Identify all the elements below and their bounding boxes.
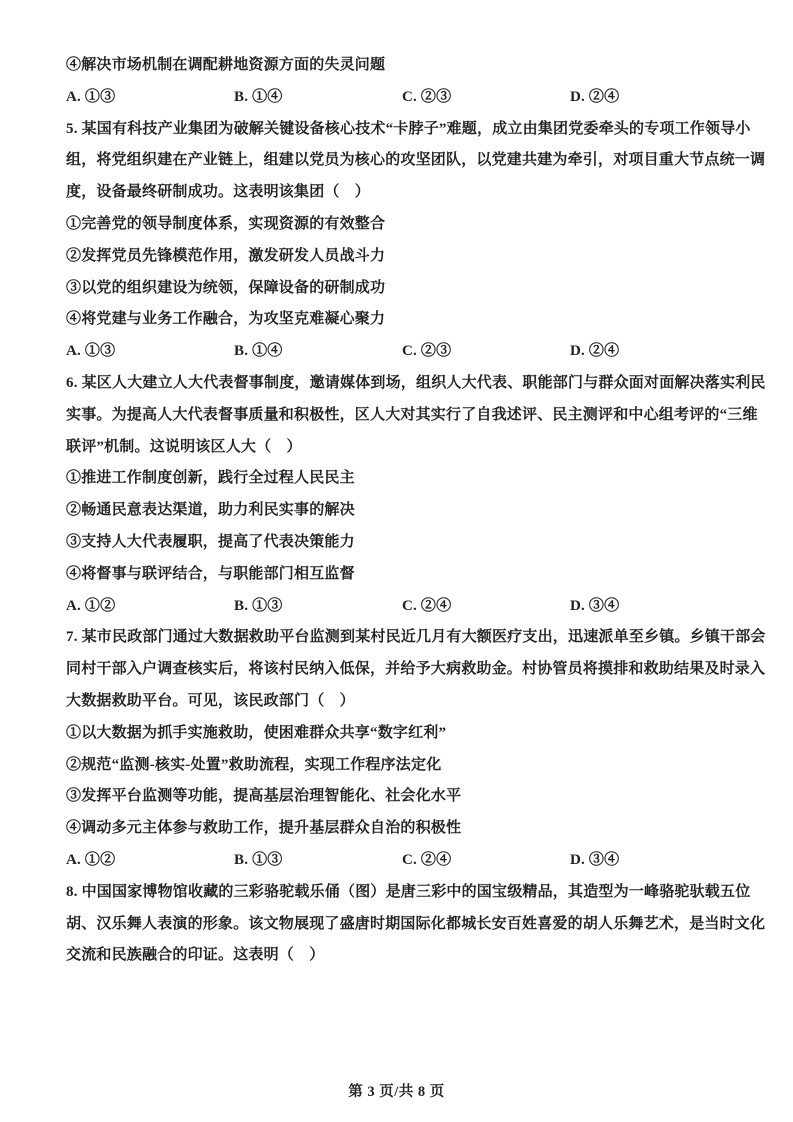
answer-option: B. ①④ [234, 336, 402, 368]
answer-option: D. ②④ [570, 336, 738, 368]
statement-line: ②发挥党员先锋模范作用，激发研发人员战斗力 [66, 241, 738, 273]
answer-option: C. ②③ [402, 82, 570, 114]
answer-option: D. ③④ [570, 591, 738, 623]
statement-line: ④将督事与联评结合，与职能部门相互监督 [66, 559, 738, 591]
answer-option: A. ①③ [66, 82, 234, 114]
statement-line: ③发挥平台监测等功能，提高基层治理智能化、社会化水平 [66, 781, 738, 813]
statement-line: ②畅通民意表达渠道，助力利民实事的解决 [66, 495, 738, 527]
page-number: 第 3 页/共 8 页 [0, 1080, 793, 1101]
statement-line: ①完善党的领导制度体系，实现资源的有效整合 [66, 209, 738, 241]
question-continuation-line: 实事。为提高人大代表督事质量和积极性，区人大对其实行了自我述评、民主测评和中心组… [66, 400, 738, 432]
question-continuation-line: 度，设备最终研制成功。这表明该集团（ ） [66, 177, 738, 209]
answer-options-row: A. ①③B. ①④C. ②③D. ②④ [66, 82, 738, 114]
answer-option: C. ②④ [402, 591, 570, 623]
answer-option: A. ①② [66, 591, 234, 623]
question-stem-line: 8. 中国国家博物馆收藏的三彩骆驼载乐俑（图）是唐三彩中的国宝级精品，其造型为一… [66, 877, 738, 909]
answer-option: D. ②④ [570, 82, 738, 114]
answer-options-row: A. ①②B. ①③C. ②④D. ③④ [66, 845, 738, 877]
question-continuation-line: 交流和民族融合的印证。这表明（ ） [66, 940, 738, 972]
statement-line: ②规范“监测-核实-处置”救助流程，实现工作程序法定化 [66, 750, 738, 782]
statement-line: ③支持人大代表履职，提高了代表决策能力 [66, 527, 738, 559]
answer-option: B. ①③ [234, 591, 402, 623]
statement-line: ①推进工作制度创新，践行全过程人民民主 [66, 463, 738, 495]
question-stem-line: 6. 某区人大建立人大代表督事制度，邀请媒体到场，组织人大代表、职能部门与群众面… [66, 368, 738, 400]
statement-line: ①以大数据为抓手实施救助，使困难群众共享“数字红利” [66, 718, 738, 750]
exam-content: ④解决市场机制在调配耕地资源方面的失灵问题A. ①③B. ①④C. ②③D. ②… [66, 50, 738, 972]
question-stem-line: 5. 某国有科技产业集团为破解关键设备核心技术“卡脖子”难题，成立由集团党委牵头… [66, 114, 738, 146]
answer-option: B. ①③ [234, 845, 402, 877]
question-stem-line: 7. 某市民政部门通过大数据救助平台监测到某村民近几月有大额医疗支出，迅速派单至… [66, 622, 738, 654]
statement-line: ④将党建与业务工作融合，为攻坚克难凝心聚力 [66, 304, 738, 336]
question-continuation-line: 同村干部入户调查核实后，将该村民纳入低保，并给予大病救助金。村协管员将摸排和救助… [66, 654, 738, 686]
answer-option: D. ③④ [570, 845, 738, 877]
statement-line: ④解决市场机制在调配耕地资源方面的失灵问题 [66, 50, 738, 82]
answer-options-row: A. ①②B. ①③C. ②④D. ③④ [66, 591, 738, 623]
question-continuation-line: 联评”机制。这说明该区人大（ ） [66, 432, 738, 464]
question-continuation-line: 大数据救助平台。可见，该民政部门（ ） [66, 686, 738, 718]
answer-options-row: A. ①③B. ①④C. ②③D. ②④ [66, 336, 738, 368]
question-continuation-line: 胡、汉乐舞人表演的形象。该文物展现了盛唐时期国际化都城长安百姓喜爱的胡人乐舞艺术… [66, 909, 738, 941]
answer-option: A. ①② [66, 845, 234, 877]
statement-line: ④调动多元主体参与救助工作，提升基层群众自治的积极性 [66, 813, 738, 845]
answer-option: B. ①④ [234, 82, 402, 114]
answer-option: A. ①③ [66, 336, 234, 368]
answer-option: C. ②③ [402, 336, 570, 368]
statement-line: ③以党的组织建设为统领，保障设备的研制成功 [66, 273, 738, 305]
question-continuation-line: 组，将党组织建在产业链上，组建以党员为核心的攻坚团队，以党建共建为牵引，对项目重… [66, 145, 738, 177]
document-page: ④解决市场机制在调配耕地资源方面的失灵问题A. ①③B. ①④C. ②③D. ②… [0, 0, 793, 1122]
answer-option: C. ②④ [402, 845, 570, 877]
